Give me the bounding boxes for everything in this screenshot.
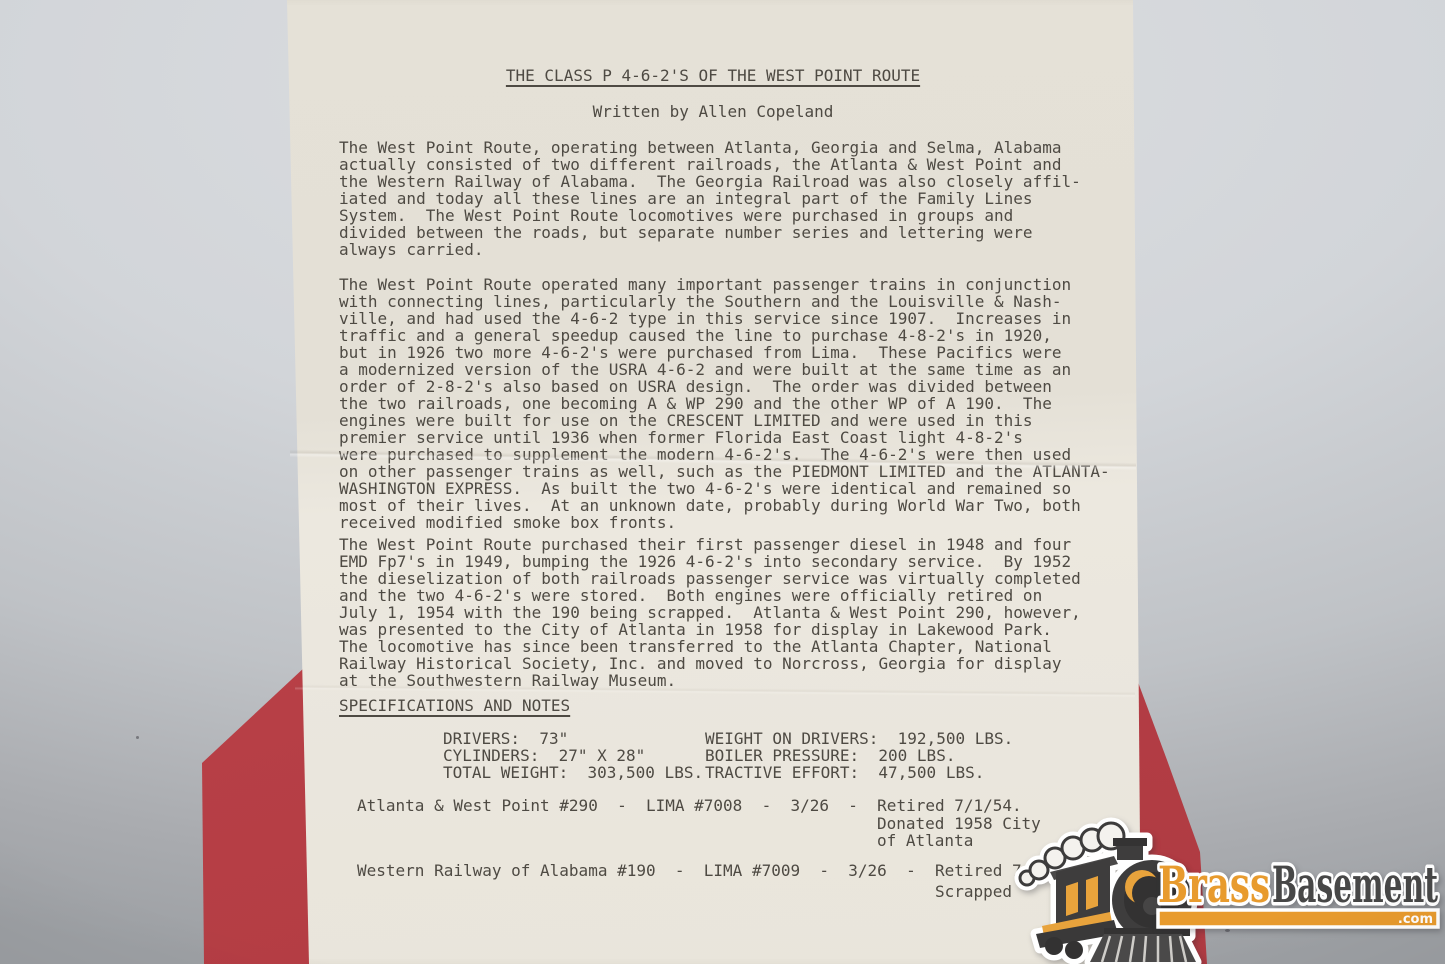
text-line: WASHINGTON EXPRESS. As built the two 4-6…	[339, 480, 1110, 497]
paragraph-1: The West Point Route, operating between …	[339, 139, 1081, 258]
paragraph-3: The West Point Route purchased their fir…	[339, 536, 1081, 689]
document-byline: Written by Allen Copeland	[293, 102, 1133, 121]
spec-tractive-effort: TRACTIVE EFFORT: 47,500 LBS.	[705, 763, 984, 782]
text-line: Railway Historical Society, Inc. and mov…	[339, 655, 1081, 672]
text-line: received modified smoke box fronts.	[339, 514, 1110, 531]
text-line: a modernized version of the USRA 4-6-2 a…	[339, 361, 1110, 378]
brand-wordmark: Brass Basement .com	[1142, 846, 1444, 950]
text-line: premier service until 1936 when former F…	[339, 429, 1110, 446]
text-line: actually consisted of two different rail…	[339, 156, 1081, 173]
text-line: the dieselization of both railroads pass…	[339, 570, 1081, 587]
text-line: with connecting lines, particularly the …	[339, 293, 1110, 310]
text-line: traffic and a general speedup caused the…	[339, 327, 1110, 344]
engine-entry-290: Atlanta & West Point #290 - LIMA #7008 -…	[357, 796, 1022, 815]
text-line: order of 2-8-2's also based on USRA desi…	[339, 378, 1110, 395]
text-line: divided between the roads, but separate …	[339, 224, 1081, 241]
text-line: July 1, 1954 with the 190 being scrapped…	[339, 604, 1081, 621]
text-line: The locomotive has since been transferre…	[339, 638, 1081, 655]
spec-total-weight: TOTAL WEIGHT: 303,500 LBS.	[443, 763, 703, 782]
text-line: was presented to the City of Atlanta in …	[339, 621, 1081, 638]
text-line: ville, and had used the 4-6-2 type in th…	[339, 310, 1110, 327]
text-line: EMD Fp7's in 1949, bumping the 1926 4-6-…	[339, 553, 1081, 570]
brand-text-basement: Basement	[1272, 855, 1438, 914]
text-line: System. The West Point Route locomotives…	[339, 207, 1081, 224]
text-line: but in 1926 two more 4-6-2's were purcha…	[339, 344, 1110, 361]
text-line: the two railroads, one becoming A & WP 2…	[339, 395, 1110, 412]
engine-entry-190: Western Railway of Alabama #190 - LIMA #…	[357, 861, 1022, 880]
text-line: iated and today all these lines are an i…	[339, 190, 1081, 207]
paragraph-2: The West Point Route operated many impor…	[339, 276, 1110, 531]
text-line: The West Point Route purchased their fir…	[339, 536, 1081, 553]
brassbasement-wordmark: Brass Basement .com	[1142, 846, 1444, 950]
text-line: The West Point Route, operating between …	[339, 139, 1081, 156]
text-line: and the two 4-6-2's were stored. Both en…	[339, 587, 1081, 604]
specs-heading: SPECIFICATIONS AND NOTES	[339, 696, 570, 715]
brand-dotcom-bar	[1158, 910, 1438, 927]
document-title: THE CLASS P 4-6-2'S OF THE WEST POINT RO…	[293, 66, 1133, 85]
typewritten-document: THE CLASS P 4-6-2'S OF THE WEST POINT RO…	[0, 0, 1445, 964]
brand-text-brass: Brass	[1158, 855, 1270, 914]
engine-entry-190-continuation: Scrapped	[935, 882, 1012, 901]
engine-entry-290-continuation: of Atlanta	[877, 831, 973, 850]
brand-text-dotcom: .com	[1398, 912, 1433, 927]
text-line: the Western Railway of Alabama. The Geor…	[339, 173, 1081, 190]
text-line: most of their lives. At an unknown date,…	[339, 497, 1110, 514]
text-line: engines were built for use on the CRESCE…	[339, 412, 1110, 429]
text-line: always carried.	[339, 241, 1081, 258]
text-line: The West Point Route operated many impor…	[339, 276, 1110, 293]
